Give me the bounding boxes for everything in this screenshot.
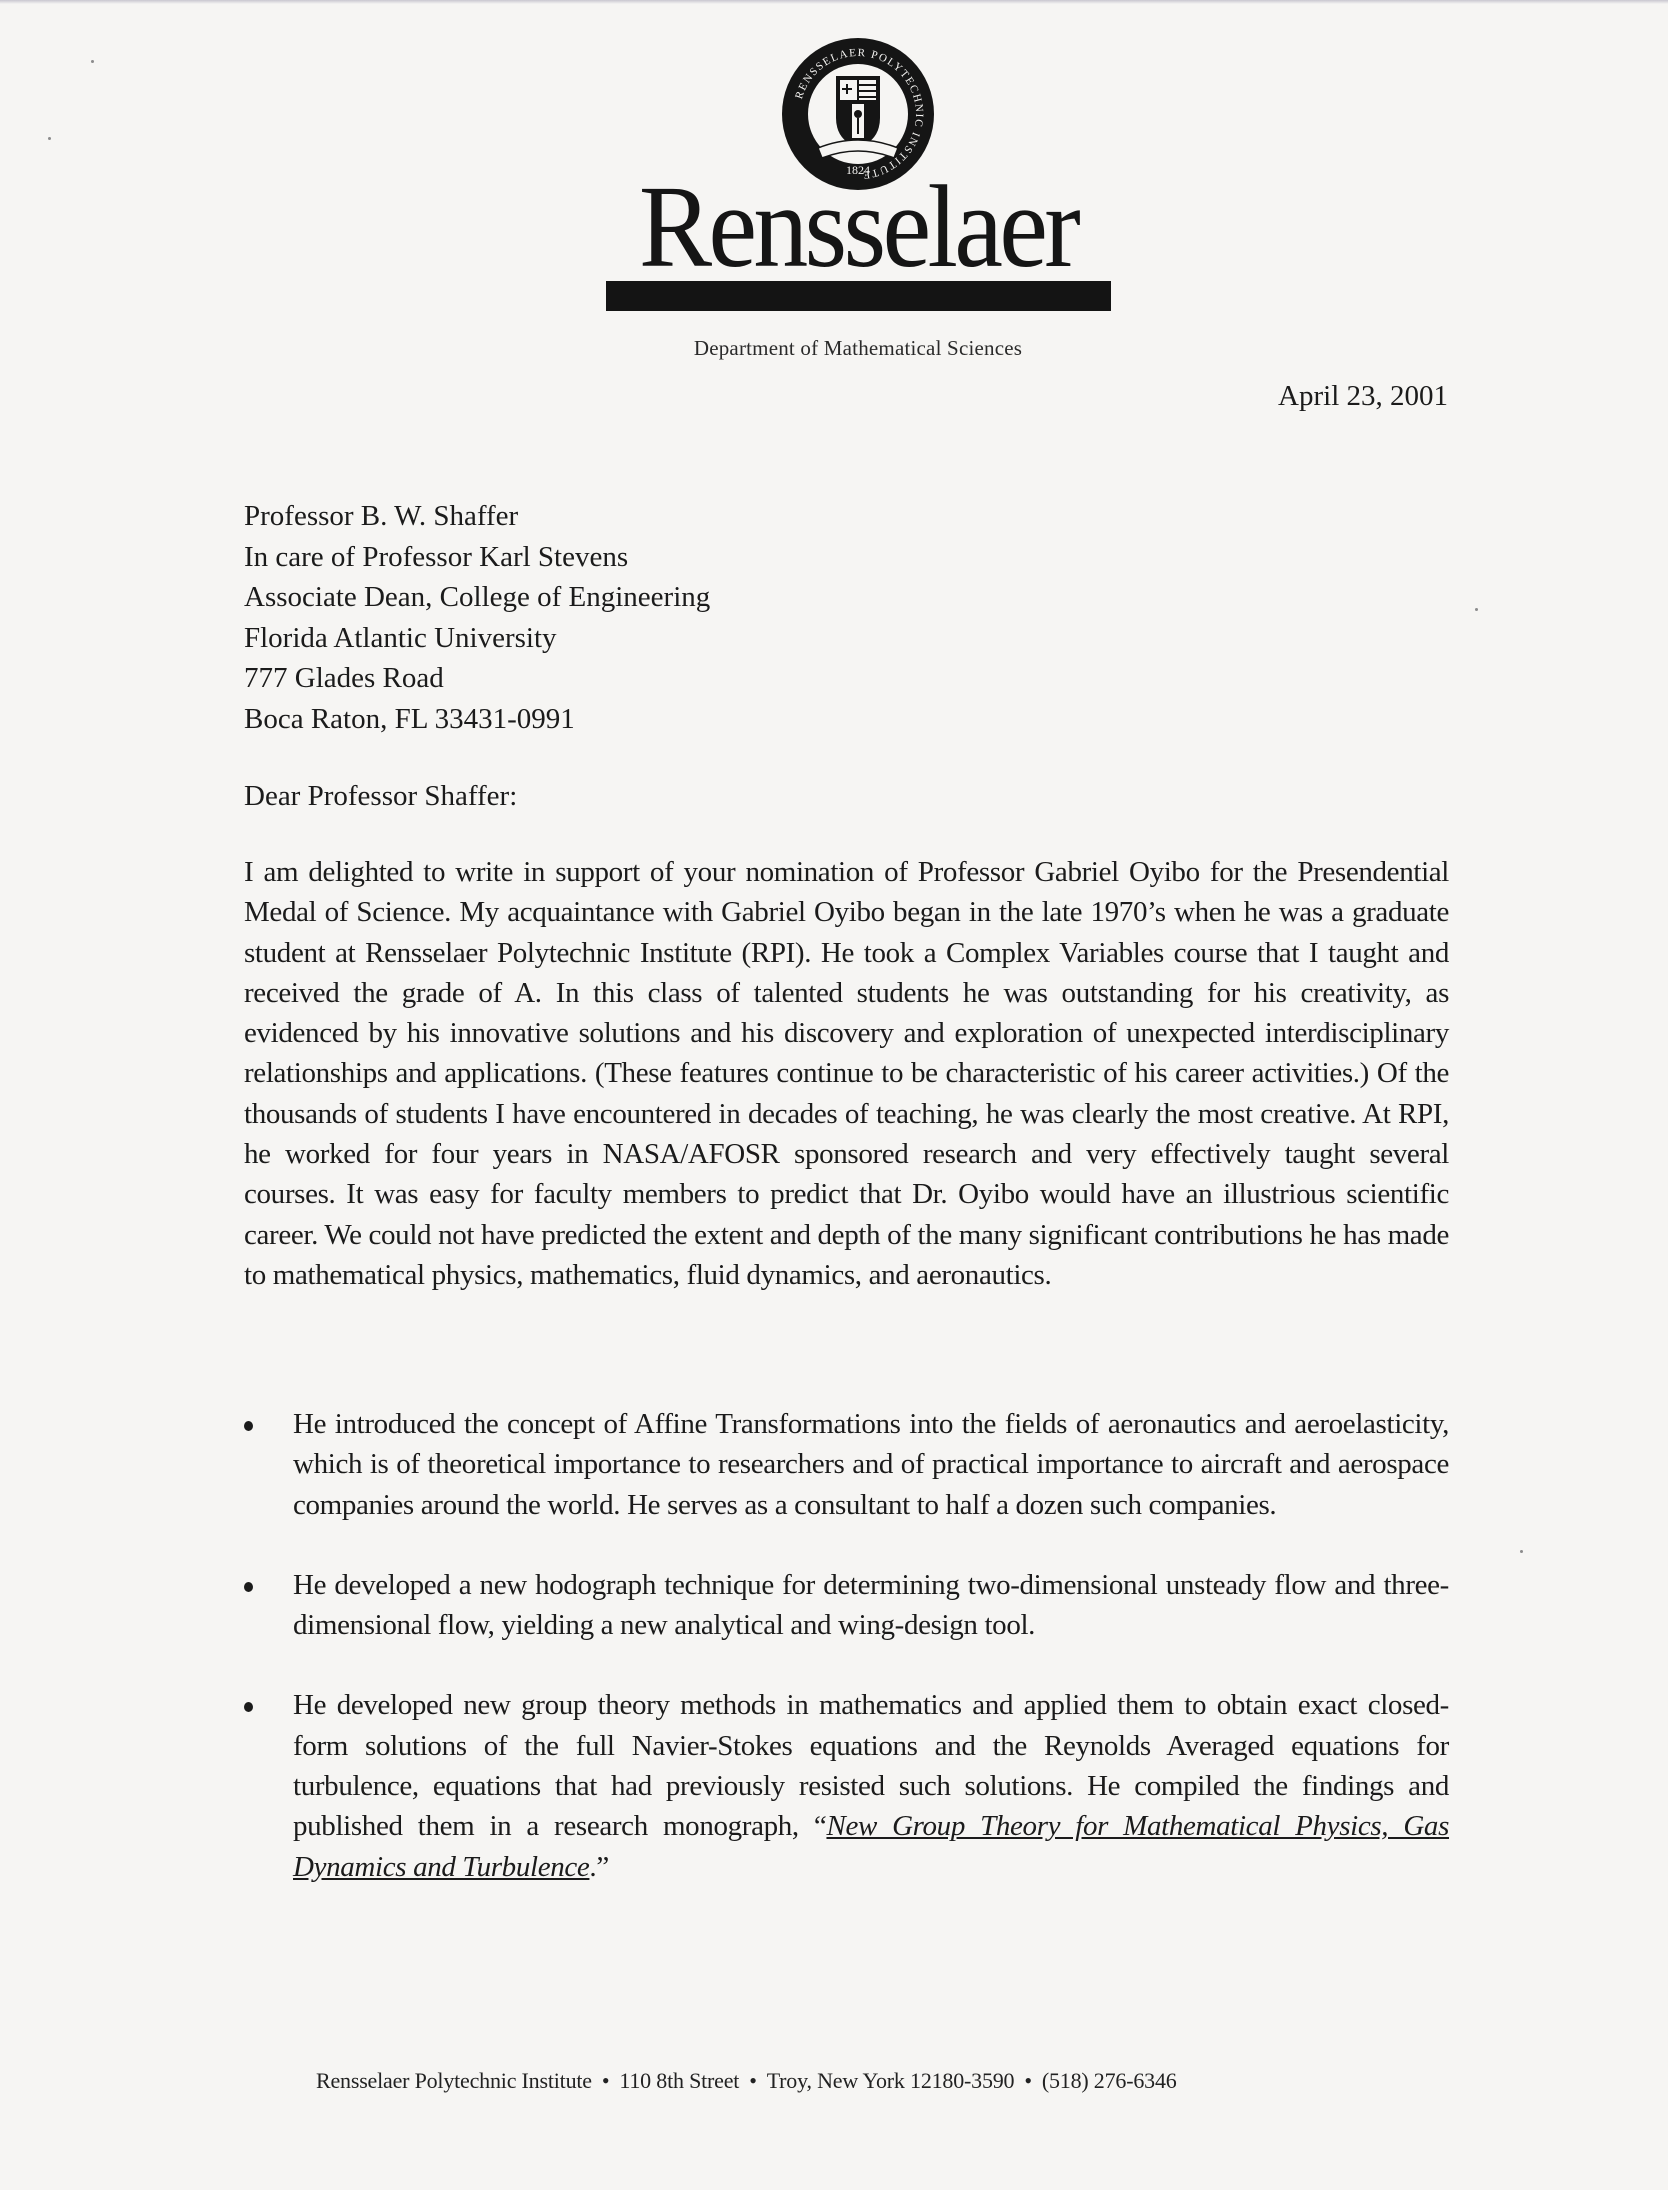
paper-speck	[1520, 1550, 1523, 1553]
paper-speck	[1475, 608, 1478, 611]
footer-street: 110 8th Street	[619, 2068, 739, 2093]
address-line: 777 Glades Road	[244, 658, 710, 699]
bullet-icon	[244, 1421, 253, 1431]
salutation: Dear Professor Shaffer:	[244, 780, 517, 813]
list-item: He introduced the concept of Affine Tran…	[244, 1404, 1449, 1525]
bullet-icon	[244, 1582, 253, 1592]
paper-speck	[48, 137, 51, 140]
footer-institution: Rensselaer Polytechnic Institute	[316, 2068, 592, 2093]
address-line: Professor B. W. Shaffer	[244, 496, 710, 537]
close-quote: .”	[589, 1851, 608, 1883]
institution-wordmark: Rensselaer	[618, 168, 1098, 286]
paper-speck	[91, 60, 94, 63]
address-line: Associate Dean, College of Engineering	[244, 577, 710, 618]
page-top-edge	[0, 0, 1668, 4]
list-item: He developed a new hodograph technique f…	[244, 1565, 1449, 1646]
address-line: In care of Professor Karl Stevens	[244, 537, 710, 578]
address-line: Florida Atlantic University	[244, 618, 710, 659]
footer-city: Troy, New York 12180-3590	[767, 2068, 1015, 2093]
body-paragraph: I am delighted to write in support of yo…	[244, 852, 1449, 1295]
footer-separator: •	[602, 2068, 610, 2093]
list-item-text: He introduced the concept of Affine Tran…	[293, 1408, 1449, 1521]
address-line: Boca Raton, FL 33431-0991	[244, 699, 710, 740]
footer-separator: •	[1024, 2068, 1032, 2093]
footer-separator: •	[749, 2068, 757, 2093]
open-quote: “	[814, 1810, 827, 1842]
recipient-address: Professor B. W. Shaffer In care of Profe…	[244, 496, 710, 739]
list-item-text: He developed a new hodograph technique f…	[293, 1569, 1449, 1641]
letterhead-bar	[606, 281, 1111, 311]
bullet-icon	[244, 1702, 253, 1712]
contributions-list: He introduced the concept of Affine Tran…	[244, 1404, 1449, 1927]
department-name: Department of Mathematical Sciences	[600, 336, 1116, 361]
footer-phone: (518) 276-6346	[1042, 2068, 1177, 2093]
list-item: He developed new group theory methods in…	[244, 1685, 1449, 1886]
letterhead-footer: Rensselaer Polytechnic Institute•110 8th…	[316, 2068, 1366, 2094]
letter-date: April 23, 2001	[1278, 380, 1448, 413]
